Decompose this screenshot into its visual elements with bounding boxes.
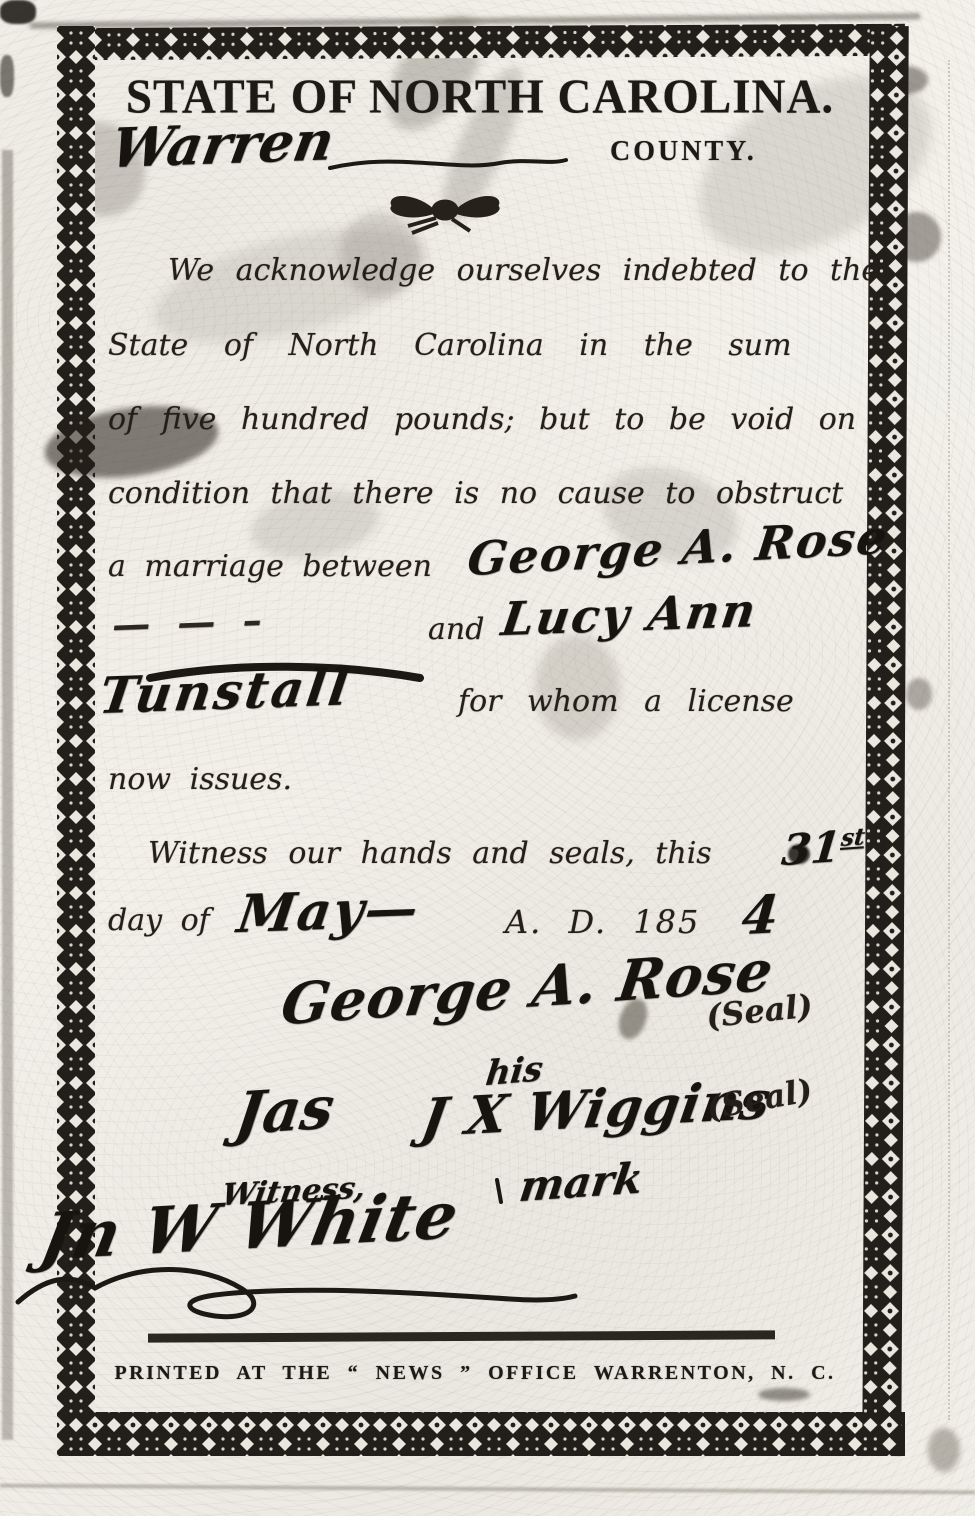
body-line-10b: A. D. 185: [505, 903, 700, 941]
body-line-3: of five hundred pounds; but to be void o…: [108, 402, 856, 437]
filler-dashes-handwritten: — — –: [111, 597, 269, 647]
document-scan: STATE OF NORTH CAROLINA. Warren COUNTY. …: [0, 0, 975, 1516]
and-label: and: [428, 612, 484, 647]
body-line-7: for whom a license: [458, 684, 794, 719]
body-line-4: condition that there is no cause to obst…: [108, 476, 843, 511]
day-suffix: st: [840, 823, 866, 852]
body-line-8: now issues.: [108, 762, 292, 797]
body-line-9: Witness our hands and seals, this: [148, 836, 712, 871]
body-line-2: State of North Carolina in the sum: [108, 328, 792, 363]
printer-imprint: PRINTED AT THE “ NEWS ” OFFICE WARRENTON…: [100, 1362, 850, 1385]
body-line-10a: day of: [108, 903, 210, 938]
mark-label: mark: [517, 1153, 647, 1211]
bride-first-name-handwritten: Lucy Ann: [498, 583, 761, 646]
bondsman-prefix: Jas: [231, 1073, 338, 1149]
day-number-handwritten: 31st: [779, 820, 866, 875]
horizontal-rule: [148, 1330, 775, 1342]
county-label: COUNTY.: [610, 136, 757, 168]
county-name-handwritten: Warren: [106, 108, 339, 180]
body-line-1: We acknowledge ourselves indebted to the: [168, 253, 879, 288]
border-ornament-frame: [0, 0, 975, 1516]
body-line-5: a marriage between: [108, 549, 432, 584]
bride-last-name-handwritten: Tunstall: [96, 657, 355, 725]
fly-ornament-icon: [391, 197, 499, 234]
month-handwritten: May—: [234, 877, 424, 945]
